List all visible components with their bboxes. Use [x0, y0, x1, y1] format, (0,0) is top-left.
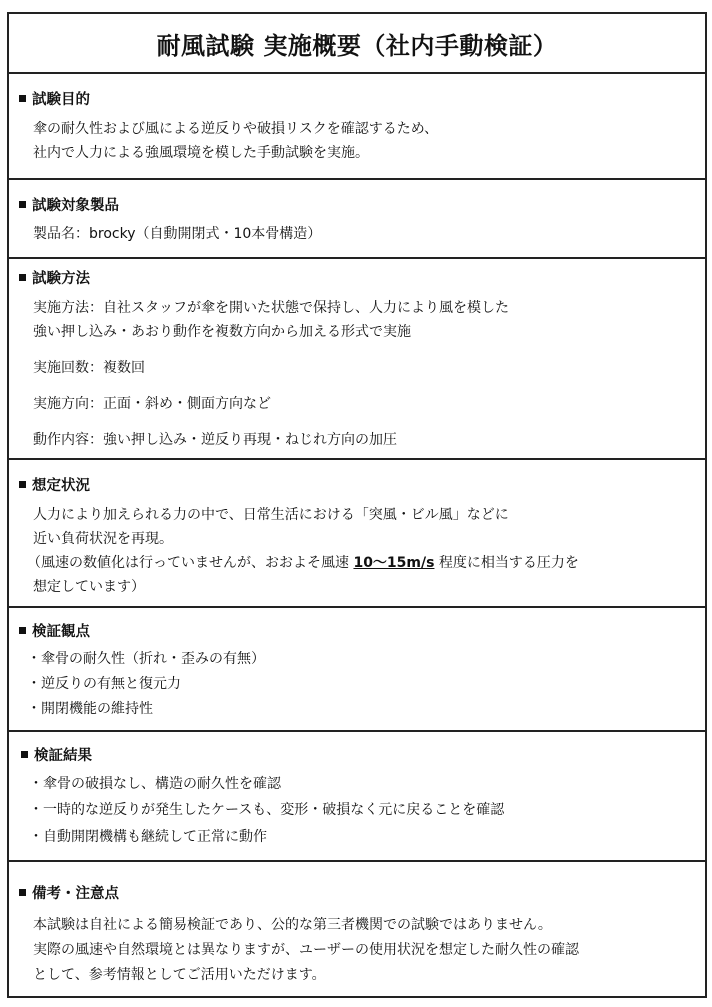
- text-line: 近い負荷状況を再現。: [33, 528, 173, 548]
- text-line: 人力により加えられる力の中で、日常生活における「突風・ビル風」などに: [33, 504, 509, 524]
- section-product: 試験対象製品 製品名：brocky（自動開閉式・10本骨構造）: [9, 178, 705, 257]
- text-line: として、参考情報としてご活用いただけます。: [33, 964, 326, 984]
- section-heading: 試験目的: [19, 88, 90, 109]
- section-method: 試験方法 実施方法：自社スタッフが傘を開いた状態で保持し、人力により風を模した …: [9, 257, 705, 458]
- text-line: 社内で人力による強風環境を模した手動試験を実施。: [33, 142, 369, 162]
- text-line: 実施回数：複数回: [33, 357, 145, 377]
- square-bullet-icon: [21, 751, 28, 758]
- text-line: 実際の風速や自然環境とは異なりますが、ユーザーの使用状況を想定した耐久性の確認: [33, 939, 579, 959]
- text-line: 傘の耐久性および風による逆反りや破損リスクを確認するため、: [33, 118, 438, 138]
- section-purpose: 試験目的 傘の耐久性および風による逆反りや破損リスクを確認するため、 社内で人力…: [9, 72, 705, 178]
- section-scenario: 想定状況 人力により加えられる力の中で、日常生活における「突風・ビル風」などに …: [9, 458, 705, 606]
- text-line: 想定しています）: [33, 576, 145, 596]
- document-sheet: 耐風試験 実施概要（社内手動検証） 試験目的 傘の耐久性および風による逆反りや破…: [7, 12, 707, 998]
- square-bullet-icon: [19, 274, 26, 281]
- list-item: ・自動開閉機構も継続して正常に動作: [29, 826, 267, 846]
- list-item: ・逆反りの有無と復元力: [27, 673, 181, 693]
- square-bullet-icon: [19, 201, 26, 208]
- square-bullet-icon: [19, 627, 26, 634]
- section-heading: 検証結果: [21, 744, 92, 765]
- section-heading: 備考・注意点: [19, 882, 119, 903]
- section-heading: 検証観点: [19, 620, 90, 641]
- list-item: ・一時的な逆反りが発生したケースも、変形・破損なく元に戻ることを確認: [29, 799, 504, 819]
- section-notes: 備考・注意点 本試験は自社による簡易検証であり、公的な第三者機関での試験ではあり…: [9, 860, 705, 996]
- section-heading: 想定状況: [19, 474, 90, 495]
- square-bullet-icon: [19, 95, 26, 102]
- section-viewpoints: 検証観点 ・傘骨の耐久性（折れ・歪みの有無） ・逆反りの有無と復元力 ・開閉機能…: [9, 606, 705, 730]
- wind-speed-value: 10〜15m/s: [353, 555, 434, 571]
- section-heading: 試験方法: [19, 267, 90, 288]
- text-line: （風速の数値化は行っていませんが、おおよそ風速 10〜15m/s 程度に相当する…: [27, 552, 579, 572]
- text-line: 強い押し込み・あおり動作を複数方向から加える形式で実施: [33, 321, 411, 341]
- text-line: 動作内容：強い押し込み・逆反り再現・ねじれ方向の加圧: [33, 429, 397, 449]
- section-results: 検証結果 ・傘骨の破損なし、構造の耐久性を確認 ・一時的な逆反りが発生したケース…: [9, 730, 705, 860]
- list-item: ・傘骨の耐久性（折れ・歪みの有無）: [27, 648, 265, 668]
- section-heading: 試験対象製品: [19, 194, 119, 215]
- list-item: ・傘骨の破損なし、構造の耐久性を確認: [29, 773, 281, 793]
- text-line: 実施方向：正面・斜め・側面方向など: [33, 393, 271, 413]
- text-line: 実施方法：自社スタッフが傘を開いた状態で保持し、人力により風を模した: [33, 297, 509, 317]
- page-title: 耐風試験 実施概要（社内手動検証）: [9, 14, 705, 72]
- list-item: ・開閉機能の維持性: [27, 698, 153, 718]
- square-bullet-icon: [19, 889, 26, 896]
- text-line: 製品名：brocky（自動開閉式・10本骨構造）: [33, 223, 321, 243]
- square-bullet-icon: [19, 481, 26, 488]
- text-line: 本試験は自社による簡易検証であり、公的な第三者機関での試験ではありません。: [33, 914, 552, 934]
